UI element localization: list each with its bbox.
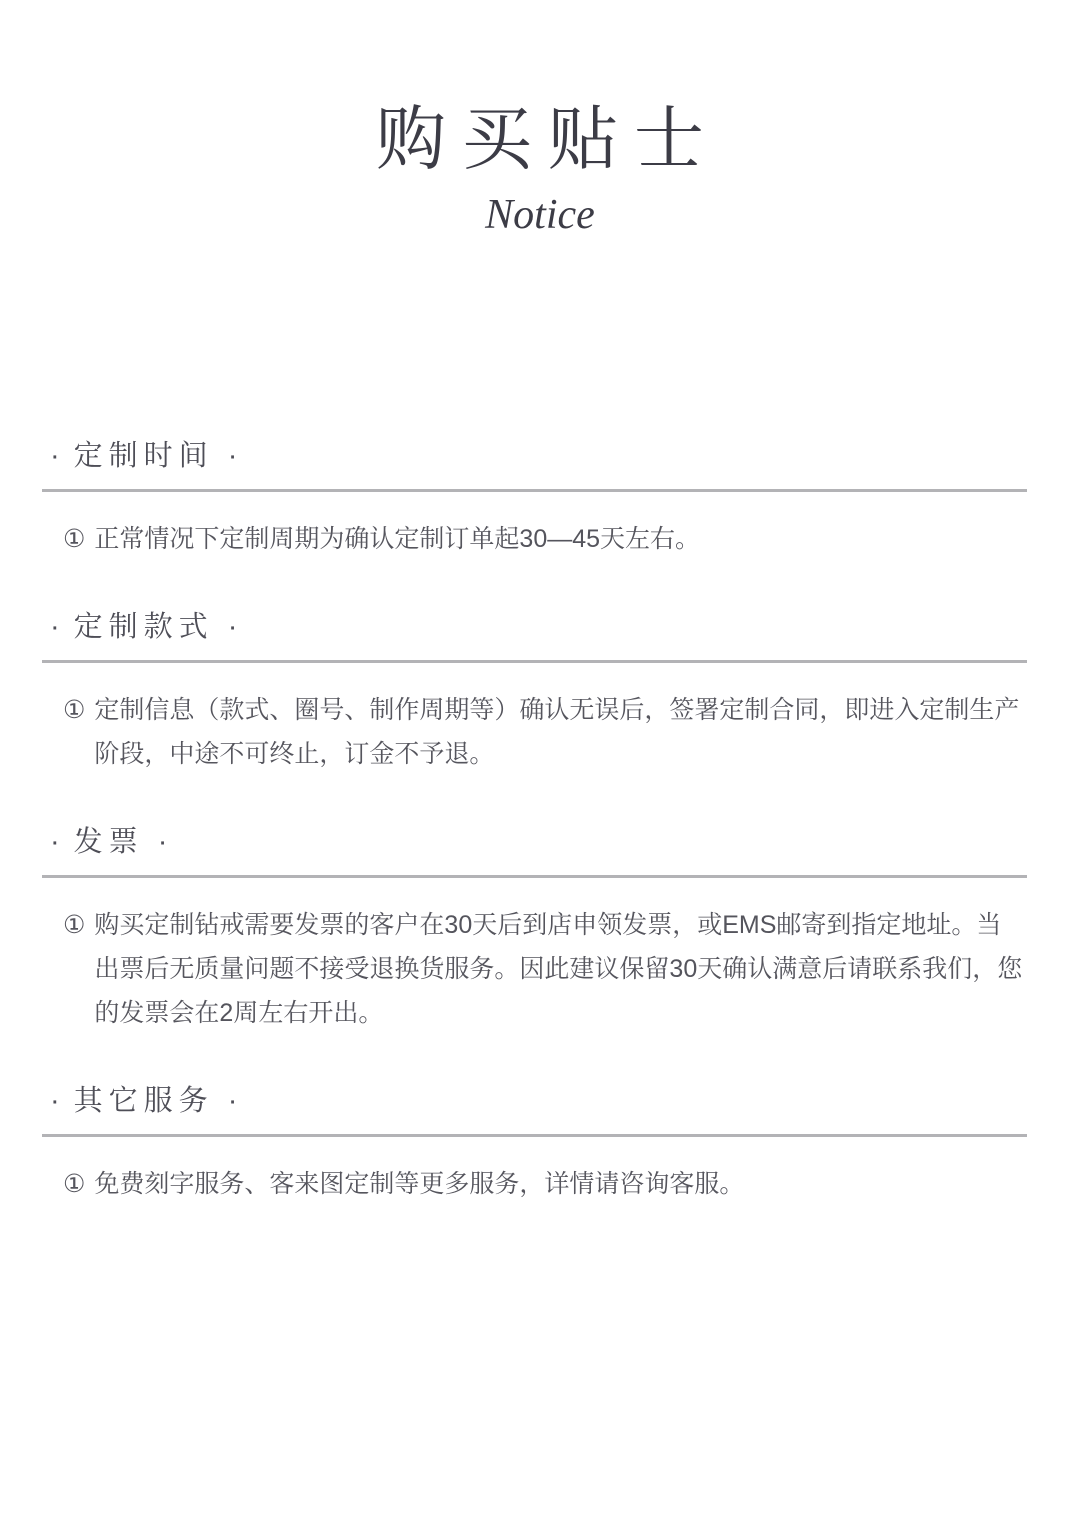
heading-dot-left: · <box>50 438 60 474</box>
heading-dot-left: · <box>50 1083 60 1119</box>
paragraph: ① 购买定制钻戒需要发票的客户在30天后到店申领发票，或EMS邮寄到指定地址。当… <box>42 903 1027 1035</box>
paragraph-marker: ① <box>63 517 85 561</box>
heading-dot-right: · <box>158 824 168 860</box>
section-heading-label: 定制时间 <box>74 438 214 474</box>
paragraph-marker: ① <box>63 688 85 776</box>
heading-dot-right: · <box>228 438 238 474</box>
sections-container: · 定制时间 · ① 正常情况下定制周期为确认定制订单起30—45天左右。 · … <box>42 438 1027 1206</box>
paragraph: ① 定制信息（款式、圈号、制作周期等）确认无误后，签署定制合同，即进入定制生产阶… <box>42 688 1027 776</box>
page-header: 购买贴士 Notice <box>0 0 1080 236</box>
section-heading-label: 发票 <box>74 824 144 860</box>
section-divider <box>42 1134 1027 1137</box>
heading-dot-left: · <box>50 824 60 860</box>
page-title: 购买贴士 <box>0 104 1080 174</box>
notice-page: 购买贴士 Notice · 定制时间 · ① 正常情况下定制周期为确认定制订单起… <box>0 0 1080 1519</box>
section-divider <box>42 660 1027 663</box>
section-custom-style: · 定制款式 · ① 定制信息（款式、圈号、制作周期等）确认无误后，签署定制合同… <box>42 609 1027 776</box>
section-divider <box>42 875 1027 878</box>
paragraph-text: 正常情况下定制周期为确认定制订单起30—45天左右。 <box>94 517 700 561</box>
paragraph-marker: ① <box>63 903 85 1035</box>
heading-dot-left: · <box>50 609 60 645</box>
section-invoice: · 发票 · ① 购买定制钻戒需要发票的客户在30天后到店申领发票，或EMS邮寄… <box>42 824 1027 1035</box>
section-heading-label: 定制款式 <box>74 609 214 645</box>
page-subtitle: Notice <box>0 194 1080 236</box>
paragraph-text: 定制信息（款式、圈号、制作周期等）确认无误后，签署定制合同，即进入定制生产阶段，… <box>94 688 1024 776</box>
paragraph-text: 购买定制钻戒需要发票的客户在30天后到店申领发票，或EMS邮寄到指定地址。当出票… <box>94 903 1024 1035</box>
paragraph-text: 免费刻字服务、客来图定制等更多服务，详情请咨询客服。 <box>94 1162 744 1206</box>
section-heading: · 定制款式 · <box>42 609 1027 645</box>
section-heading-label: 其它服务 <box>74 1083 214 1119</box>
section-custom-time: · 定制时间 · ① 正常情况下定制周期为确认定制订单起30—45天左右。 <box>42 438 1027 561</box>
paragraph: ① 正常情况下定制周期为确认定制订单起30—45天左右。 <box>42 517 1027 561</box>
section-heading: · 定制时间 · <box>42 438 1027 474</box>
heading-dot-right: · <box>228 1083 238 1119</box>
paragraph: ① 免费刻字服务、客来图定制等更多服务，详情请咨询客服。 <box>42 1162 1027 1206</box>
paragraph-marker: ① <box>63 1162 85 1206</box>
heading-dot-right: · <box>228 609 238 645</box>
section-other-services: · 其它服务 · ① 免费刻字服务、客来图定制等更多服务，详情请咨询客服。 <box>42 1083 1027 1206</box>
section-heading: · 其它服务 · <box>42 1083 1027 1119</box>
section-divider <box>42 489 1027 492</box>
section-heading: · 发票 · <box>42 824 1027 860</box>
